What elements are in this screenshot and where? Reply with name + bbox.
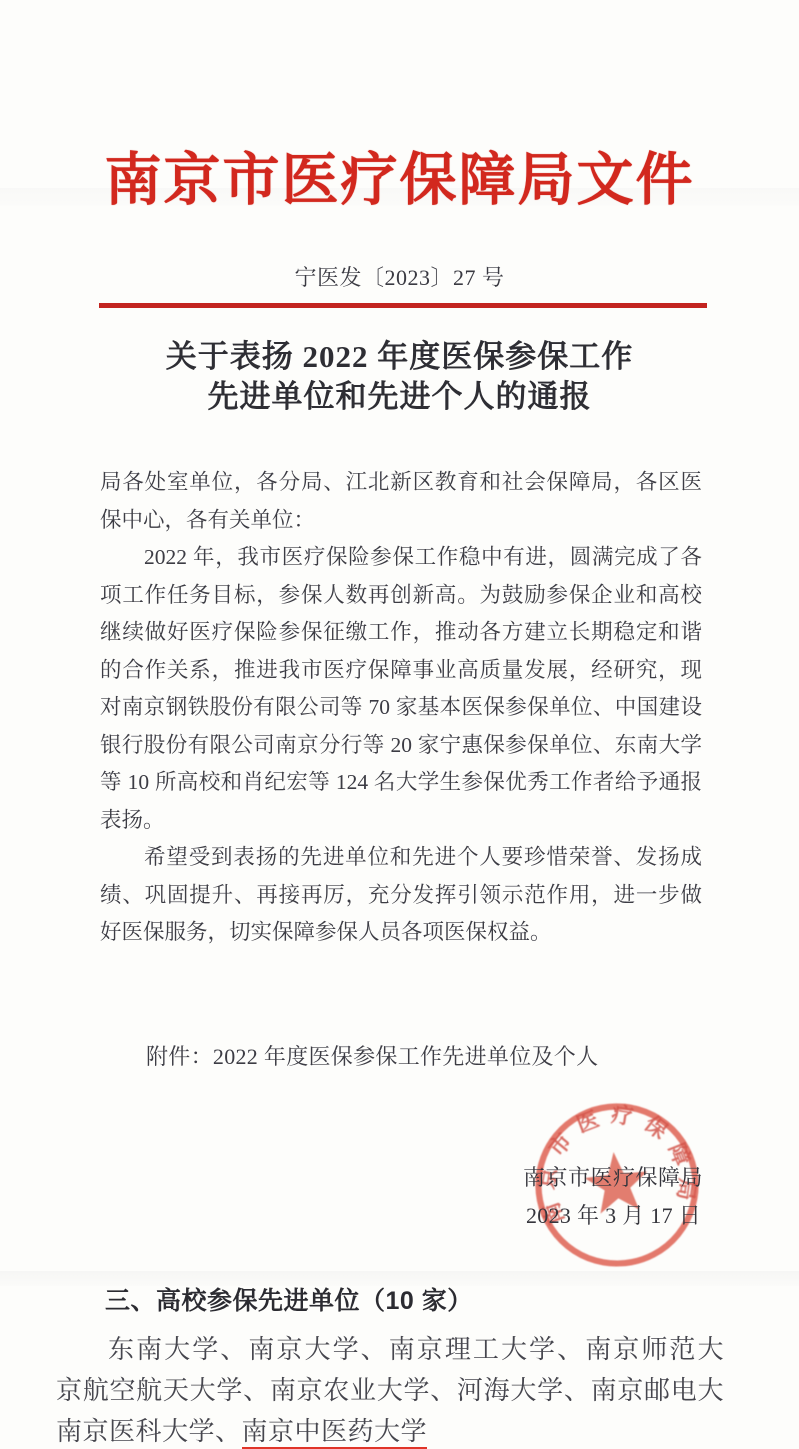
section-heading: 三、高校参保先进单位（10 家）: [105, 1285, 473, 1317]
list-text: 京航空航天大学、南京农业大学、河海大学、南京邮电大学、: [56, 1376, 724, 1411]
red-divider-line: [99, 303, 707, 308]
document-title: 关于表扬 2022 年度医保参保工作 先进单位和先进个人的通报: [0, 337, 799, 417]
university-list-line: 东南大学、南京大学、南京理工大学、南京师范大学、南: [56, 1329, 724, 1370]
doc-number: 宁医发〔2023〕27 号: [0, 263, 799, 293]
body-line: 继续做好医疗保险参保征缴工作，推动各方建立长期稳定和谐: [100, 614, 702, 652]
highlighted-university: 南京中医药大学: [242, 1417, 428, 1449]
list-text: 南京医科大学、: [56, 1417, 242, 1446]
list-text: 东南大学、南京大学、南京理工大学、南京师范大学、南: [56, 1335, 724, 1370]
body-line: 对南京钢铁股份有限公司等 70 家基本医保参保单位、中国建设: [100, 689, 702, 727]
body-text: 局各处室单位，各分局、江北新区教育和社会保障局，各区医保中心，各有关单位：202…: [100, 464, 702, 952]
document-title-line2: 先进单位和先进个人的通报: [0, 377, 799, 417]
body-line: 希望受到表扬的先进单位和先进个人要珍惜荣誉、发扬成: [100, 839, 702, 877]
body-line: 的合作关系，推进我市医疗保障事业高质量发展，经研究，现: [100, 652, 702, 690]
body-line: 表扬。: [100, 802, 702, 840]
university-list: 东南大学、南京大学、南京理工大学、南京师范大学、南京航空航天大学、南京农业大学、…: [56, 1329, 724, 1449]
university-list-line: 京航空航天大学、南京农业大学、河海大学、南京邮电大学、: [56, 1370, 724, 1411]
body-line: 绩、巩固提升、再接再厉，充分发挥引领示范作用，进一步做: [100, 877, 702, 915]
official-document-page: 南京市医疗保障局文件 宁医发〔2023〕27 号 关于表扬 2022 年度医保参…: [0, 0, 799, 1449]
document-title-line1: 关于表扬 2022 年度医保参保工作: [0, 337, 799, 377]
body-line: 2022 年，我市医疗保险参保工作稳中有进，圆满完成了各: [100, 539, 702, 577]
body-line: 好医保服务，切实保障参保人员各项医保权益。: [100, 914, 702, 952]
attachment-line: 附件：2022 年度医保参保工作先进单位及个人: [146, 1043, 598, 1071]
body-line: 等 10 所高校和肖纪宏等 124 名大学生参保优秀工作者给予通报: [100, 764, 702, 802]
body-line: 项工作任务目标，参保人数再创新高。为鼓励参保企业和高校: [100, 577, 702, 615]
signature-org: 南京市医疗保障局: [523, 1163, 703, 1193]
body-line: 保中心，各有关单位：: [100, 502, 702, 540]
university-list-line: 南京医科大学、南京中医药大学: [56, 1411, 724, 1449]
body-line: 局各处室单位，各分局、江北新区教育和社会保障局，各区医: [100, 464, 702, 502]
signature-date: 2023 年 3 月 17 日: [526, 1201, 701, 1231]
agency-header-title: 南京市医疗保障局文件: [0, 146, 799, 216]
body-line: 银行股份有限公司南京分行等 20 家宁惠保参保单位、东南大学: [100, 727, 702, 765]
scan-noise-band: [0, 1271, 799, 1286]
